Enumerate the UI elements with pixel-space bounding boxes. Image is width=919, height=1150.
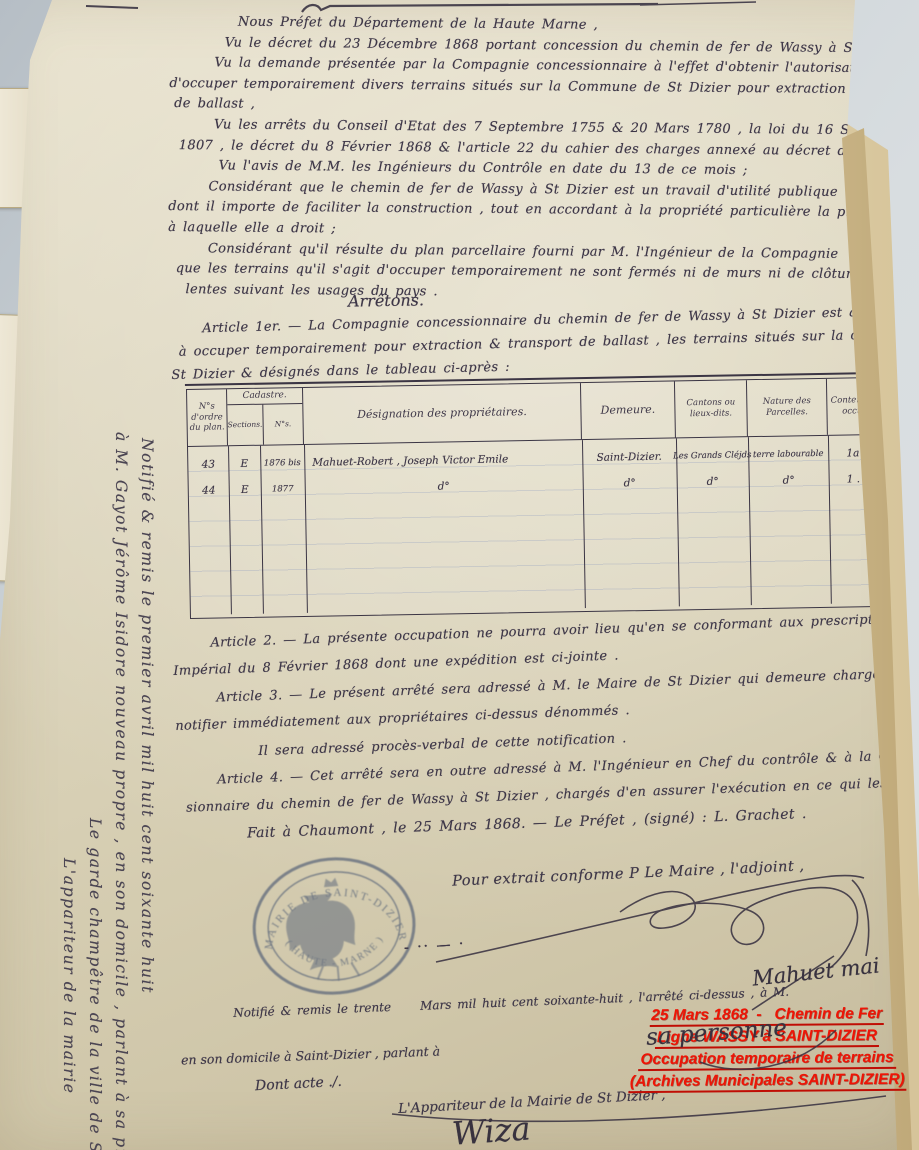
arretons-heading: Arrêtons. [348, 290, 424, 310]
col-header-numeros: N°s. [263, 404, 303, 445]
cell-canton: d° [676, 469, 748, 496]
parcel-table: N°s d'ordre du plan. Cadastre. Sections.… [186, 377, 904, 619]
opening-paragraph: Nous Préfet du Département de la Haute M… [167, 12, 919, 307]
extrait-conforme-line: Pour extrait conforme P Le Maire , l'adj… [452, 858, 805, 889]
cell-ordre: 44 [189, 478, 229, 505]
cell-nature: terre labourable [748, 442, 828, 469]
annotation-line: Occupation temporaire de terrains [638, 1049, 895, 1071]
parcel-table-body: 43 E 1876 bis Mahuet-Robert , Joseph Vic… [188, 435, 903, 615]
ink-dashes: - ·· — · [404, 936, 466, 956]
cell-nature: d° [748, 468, 828, 495]
cell-designation: d° [305, 472, 583, 503]
photo-background: Nous Préfet du Département de la Haute M… [0, 0, 919, 1150]
cell-section: E [228, 452, 260, 479]
margin-note-line: à M. Gayot Jérôme Isidore nouveau propre… [108, 428, 134, 1140]
col-header-ordre: N°s d'ordre du plan. [187, 389, 228, 446]
cell-numero: 1876 bis [260, 451, 304, 478]
domicile-line: en son domicile à Saint-Dizier , parlant… [181, 1043, 441, 1067]
col-header-designation: Désignation des propriétaires. [303, 383, 582, 444]
cell-ordre: 43 [188, 452, 228, 479]
margin-note-line: Le garde champêtre de la ville de St Diz… [82, 428, 108, 1140]
col-header-cantons: Cantons ou lieux-dits. [675, 380, 748, 437]
cell-demeure: Saint-Dizier. [582, 444, 676, 472]
margin-note-signature: L'appariteur de la mairie [56, 428, 82, 1140]
cell-demeure: d° [583, 470, 677, 498]
mairie-stamp: MAIRIE DE SAINT-DIZIER ( HAUTE - MARNE ) [242, 845, 426, 1005]
col-header-nature: Nature des Parcelles. [747, 379, 828, 436]
margin-note-line: Notifié & remis le premier avril mil hui… [134, 428, 160, 1140]
appariteur-signature: Wiza [451, 1109, 532, 1150]
dont-acte-line: Dont acte ./. [255, 1074, 343, 1095]
col-header-demeure: Demeure. [581, 381, 676, 439]
annotation-line: (Archives Municipales SAINT-DIZIER) [628, 1071, 907, 1093]
col-header-sections: Sections. [227, 404, 263, 445]
cell-numero: 1877 [261, 477, 305, 504]
cell-section: E [229, 478, 261, 505]
margin-note: Notifié & remis le premier avril mil hui… [56, 428, 160, 1140]
articles-2-4-paragraph: Article 2. — La présente occupation ne p… [172, 603, 919, 850]
cell-canton: Les Grands Cléjds [676, 443, 748, 470]
col-header-cadastre: Cadastre. Sections. N°s. [227, 388, 304, 445]
cadastre-label: Cadastre. [227, 388, 302, 405]
